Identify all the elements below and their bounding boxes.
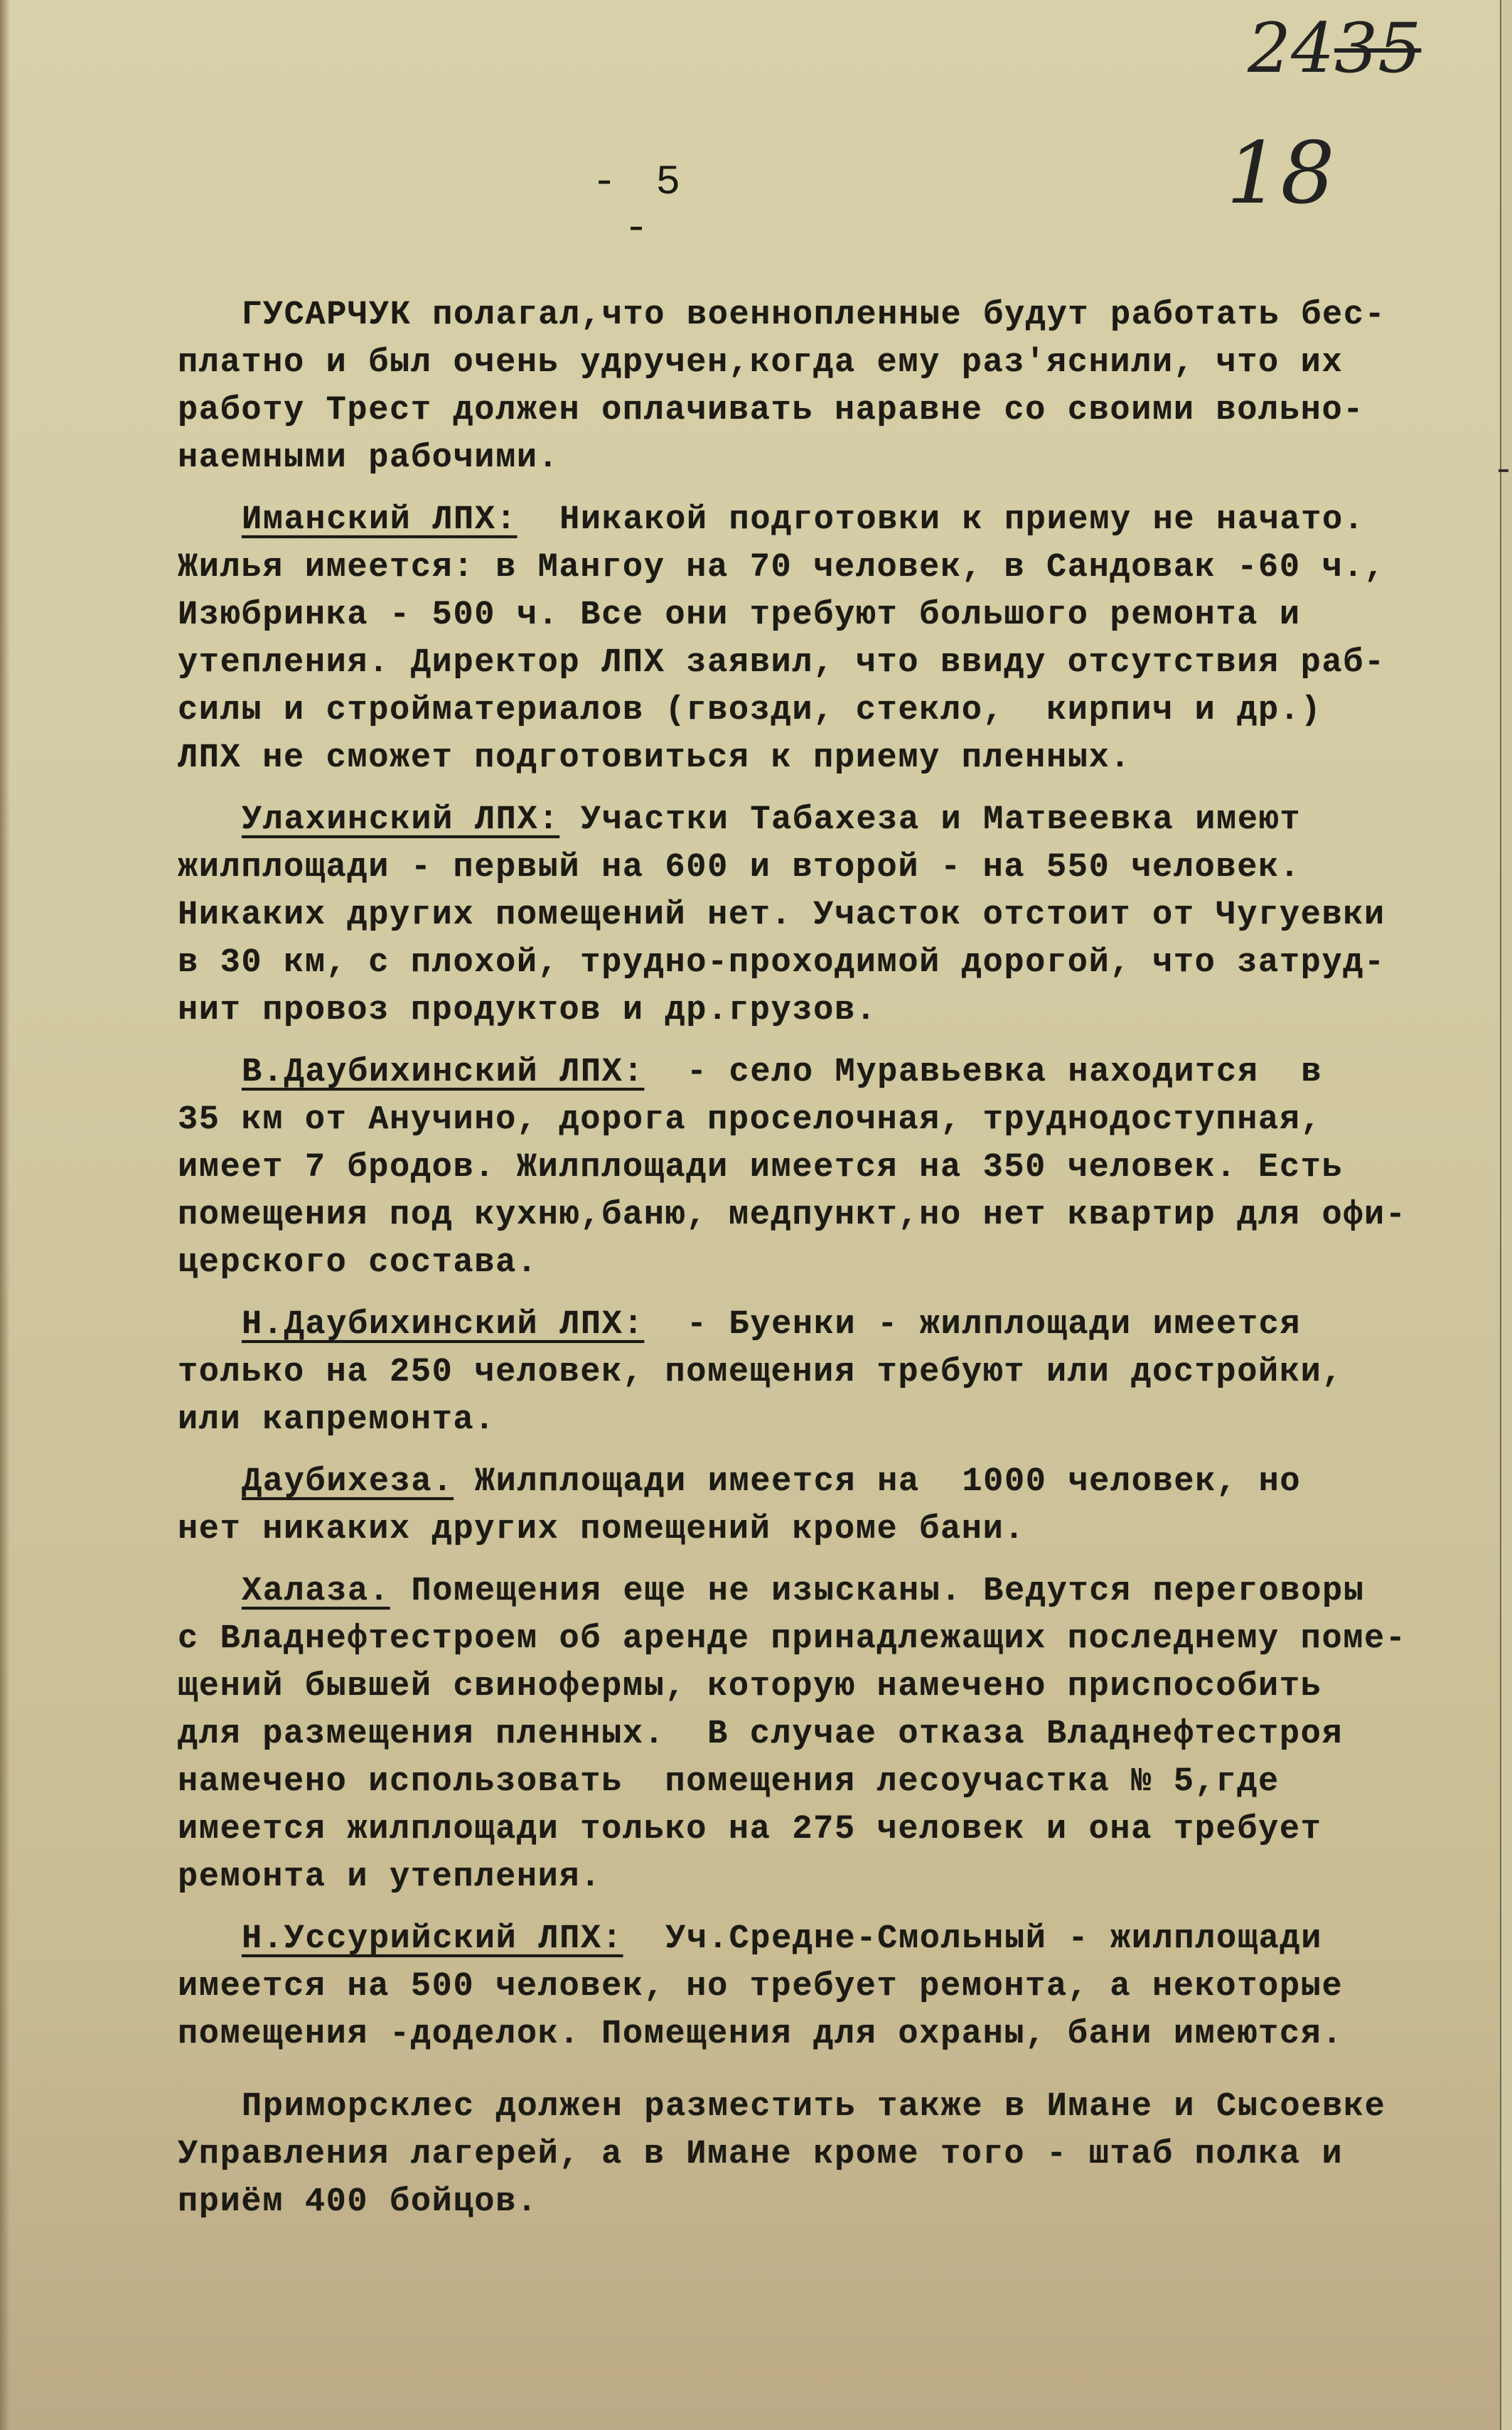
scan-edge-shadow bbox=[0, 0, 10, 2430]
paragraph: Иманский ЛПХ: Никакой подготовки к прием… bbox=[178, 496, 1493, 782]
paragraph-first-line: В.Даубихинский ЛПХ: - село Муравьевка на… bbox=[178, 1049, 1493, 1096]
folio-struck: 35 bbox=[1334, 9, 1421, 88]
text-line: платно и был очень удручен,когда ему раз… bbox=[178, 339, 1493, 387]
text-line: щений бывшей свинофермы, которую намечен… bbox=[178, 1663, 1493, 1711]
paragraph: Улахинский ЛПХ: Участки Табахеза и Матве… bbox=[178, 796, 1493, 1034]
paragraph-first-line: Улахинский ЛПХ: Участки Табахеза и Матве… bbox=[178, 796, 1493, 844]
paragraph: ГУСАРЧУК полагал,что военнопленные будут… bbox=[178, 291, 1493, 482]
heading-continuation: - село Муравьевка находится в bbox=[644, 1054, 1322, 1091]
paragraph-first-line: Н.Даубихинский ЛПХ: - Буенки - жилплощад… bbox=[178, 1301, 1493, 1349]
paragraph-first-line: Даубихеза. Жилплощади имеется на 1000 че… bbox=[178, 1458, 1493, 1506]
text-line: нит провоз продуктов и др.грузов. bbox=[178, 987, 1493, 1034]
paragraph: Халаза. Помещения еще не изысканы. Ведут… bbox=[178, 1568, 1493, 1901]
text-line: приём 400 бойцов. bbox=[178, 2178, 1493, 2226]
paragraph-first-line: ГУСАРЧУК полагал,что военнопленные будут… bbox=[178, 291, 1493, 339]
heading-continuation: Жилплощади имеется на 1000 человек, но bbox=[454, 1463, 1301, 1501]
paragraph: Н.Уссурийский ЛПХ: Уч.Средне-Смольный - … bbox=[178, 1915, 1493, 2058]
text-line: Управления лагерей, а в Имане кроме того… bbox=[178, 2131, 1493, 2178]
section-heading: Н.Даубихинский ЛПХ: bbox=[242, 1306, 644, 1344]
text-line: наемными рабочими. bbox=[178, 434, 1493, 482]
heading-continuation: Помещения еще не изысканы. Ведутся перег… bbox=[390, 1573, 1365, 1610]
text-line: ЛПХ не сможет подготовиться к приему пле… bbox=[178, 734, 1493, 782]
text-line: в 30 км, с плохой, трудно-проходимой дор… bbox=[178, 939, 1493, 987]
heading-continuation: Уч.Средне-Смольный - жилплощади bbox=[623, 1920, 1322, 1958]
text-line: имеется жилплощади только на 275 человек… bbox=[178, 1806, 1493, 1853]
paragraph-first-line: Халаза. Помещения еще не изысканы. Ведут… bbox=[178, 1568, 1493, 1615]
section-heading: Даубихеза. bbox=[242, 1463, 454, 1501]
text-line: только на 250 человек, помещения требуют… bbox=[178, 1349, 1493, 1396]
text-line: Изюбринка - 500 ч. Все они требуют больш… bbox=[178, 592, 1493, 639]
text-line: для размещения пленных. В случае отказа … bbox=[178, 1711, 1493, 1758]
folio-current: 24 bbox=[1248, 9, 1334, 88]
text-line: Жилья имеется: в Мангоу на 70 человек, в… bbox=[178, 544, 1493, 592]
section-heading: Халаза. bbox=[242, 1573, 390, 1610]
text-line: церского состава. bbox=[178, 1239, 1493, 1287]
text-line: ремонта и утепления. bbox=[178, 1853, 1493, 1901]
text-line: силы и стройматериалов (гвозди, стекло, … bbox=[178, 687, 1493, 734]
page-number: - 5 - bbox=[583, 160, 697, 252]
paragraph-first-line: Приморсклес должен разместить также в Им… bbox=[178, 2083, 1493, 2131]
archive-folio-sheet: 18 bbox=[1226, 132, 1335, 217]
section-heading: В.Даубихинский ЛПХ: bbox=[242, 1054, 644, 1091]
text-line: с Владнефтестроем об аренде принадлежащи… bbox=[178, 1615, 1493, 1663]
text-line: намечено использовать помещения лесоучас… bbox=[178, 1758, 1493, 1806]
text-line: имеется на 500 человек, но требует ремон… bbox=[178, 1963, 1493, 2011]
text-line: утепления. Директор ЛПХ заявил, что ввид… bbox=[178, 639, 1493, 687]
text-line: или капремонта. bbox=[178, 1396, 1493, 1444]
archive-folio-number: 2435 bbox=[1248, 14, 1421, 82]
heading-continuation: Никакой подготовки к приему не начато. bbox=[517, 501, 1364, 539]
heading-continuation: - Буенки - жилплощади имеется bbox=[644, 1306, 1301, 1344]
paragraph: В.Даубихинский ЛПХ: - село Муравьевка на… bbox=[178, 1049, 1493, 1287]
paragraph: Даубихеза. Жилплощади имеется на 1000 че… bbox=[178, 1458, 1493, 1553]
paragraph: Приморсклес должен разместить также в Им… bbox=[178, 2083, 1493, 2226]
heading-continuation: Участки Табахеза и Матвеевка имеют bbox=[559, 801, 1301, 839]
text-line: жилплощади - первый на 600 и второй - на… bbox=[178, 844, 1493, 892]
section-heading: Улахинский ЛПХ: bbox=[242, 801, 559, 839]
text-line: Никаких других помещений нет. Участок от… bbox=[178, 892, 1493, 939]
section-heading: Н.Уссурийский ЛПХ: bbox=[242, 1920, 623, 1958]
section-heading: Иманский ЛПХ: bbox=[242, 501, 517, 539]
text-line: нет никаких других помещений кроме бани. bbox=[178, 1506, 1493, 1553]
text-line: помещения под кухню,баню, медпункт,но не… bbox=[178, 1192, 1493, 1239]
document-body: ГУСАРЧУК полагал,что военнопленные будут… bbox=[178, 291, 1493, 2240]
paper-edge bbox=[1500, 0, 1512, 2430]
paragraph-first-line: Н.Уссурийский ЛПХ: Уч.Средне-Смольный - … bbox=[178, 1915, 1493, 1963]
paragraph: Н.Даубихинский ЛПХ: - Буенки - жилплощад… bbox=[178, 1301, 1493, 1444]
text-line: помещения -доделок. Помещения для охраны… bbox=[178, 2011, 1493, 2058]
text-line: имеет 7 бродов. Жилплощади имеется на 35… bbox=[178, 1144, 1493, 1192]
paragraph-first-line: Иманский ЛПХ: Никакой подготовки к прием… bbox=[178, 496, 1493, 544]
text-line: 35 км от Анучино, дорога проселочная, тр… bbox=[178, 1096, 1493, 1144]
margin-mark bbox=[1498, 469, 1508, 472]
text-line: работу Трест должен оплачивать наравне с… bbox=[178, 387, 1493, 434]
